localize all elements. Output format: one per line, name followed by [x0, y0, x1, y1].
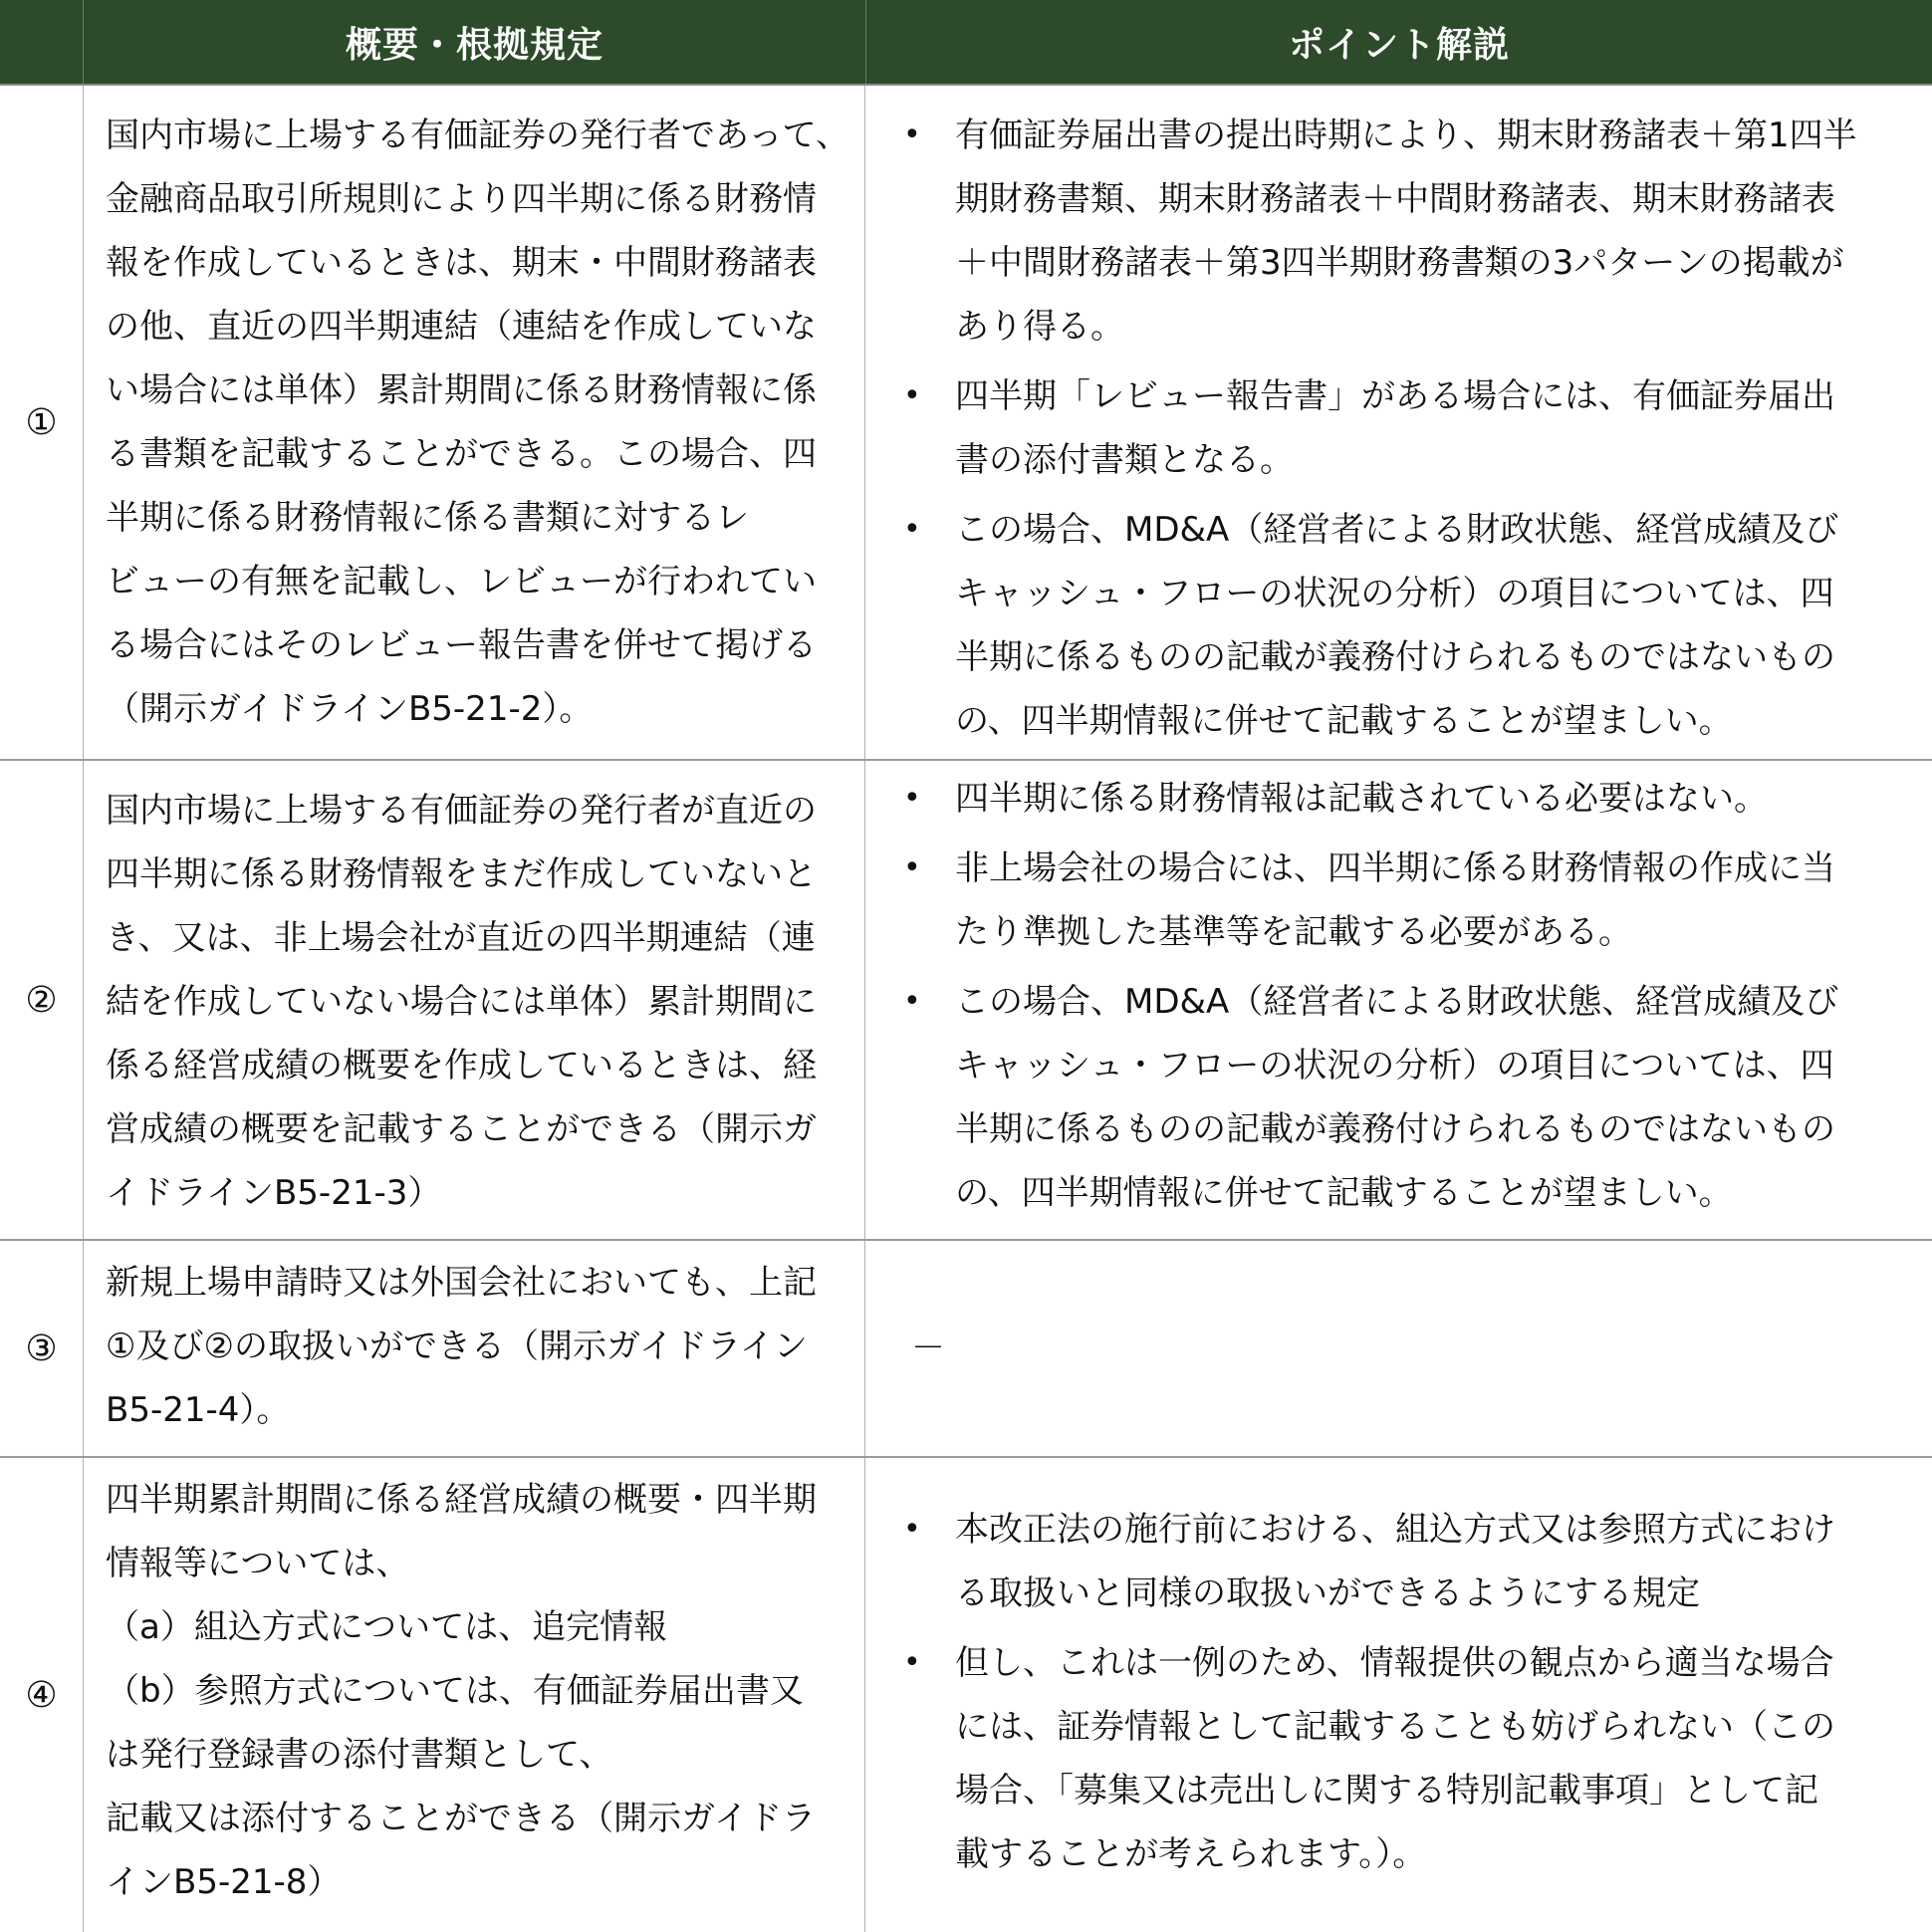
empty-dash: － [903, 1241, 1912, 1456]
row-number: ① [0, 86, 84, 759]
header-overview-label: 概要・根拠規定 [346, 17, 604, 68]
bullet-item: この場合、MD&A（経営者による財政状態、経営成績及び キャッシュ・フローの状況… [903, 498, 1912, 753]
table-header: 概要・根拠規定 ポイント解説 [0, 0, 1932, 86]
row-overview: 国内市場に上場する有価証券の発行者であって、 金融商品取引所規則により四半期に係… [84, 86, 865, 759]
row-overview: 四半期累計期間に係る経営成績の概要・四半期 情報等については、 （a）組込方式に… [84, 1458, 865, 1932]
row-overview: 新規上場申請時又は外国会社においても、上記 ①及び②の取扱いができる（開示ガイド… [84, 1241, 865, 1456]
table-row: ④ 四半期累計期間に係る経営成績の概要・四半期 情報等については、 （a）組込方… [0, 1458, 1932, 1932]
bullet-list: 四半期に係る財務情報は記載されている必要はない。 非上場会社の場合には、四半期に… [903, 767, 1912, 1225]
bullet-item: 有価証券届出書の提出時期により、期末財務諸表＋第1四半 期財務書類、期末財務諸表… [903, 104, 1912, 359]
row-number: ③ [0, 1241, 84, 1456]
row-points: － [865, 1241, 1932, 1456]
bullet-item: 非上場会社の場合には、四半期に係る財務情報の作成に当 たり準拠した基準等を記載す… [903, 837, 1912, 964]
row-points: 有価証券届出書の提出時期により、期末財務諸表＋第1四半 期財務書類、期末財務諸表… [865, 86, 1932, 759]
bullet-item: 四半期「レビュー報告書」がある場合には、有価証券届出 書の添付書類となる。 [903, 364, 1912, 492]
table-row: ① 国内市場に上場する有価証券の発行者であって、 金融商品取引所規則により四半期… [0, 86, 1932, 761]
bullet-item: 四半期に係る財務情報は記載されている必要はない。 [903, 767, 1912, 831]
table-row: ③ 新規上場申請時又は外国会社においても、上記 ①及び②の取扱いができる（開示ガ… [0, 1241, 1932, 1458]
header-number-cell [0, 0, 84, 84]
bullet-item: 本改正法の施行前における、組込方式又は参照方式におけ る取扱いと同様の取扱いがで… [903, 1498, 1912, 1625]
bullet-item: 但し、これは一例のため、情報提供の観点から適当な場合 には、証券情報として記載す… [903, 1631, 1912, 1886]
bullet-list: 本改正法の施行前における、組込方式又は参照方式におけ る取扱いと同様の取扱いがで… [903, 1498, 1912, 1886]
header-points-cell: ポイント解説 [866, 0, 1932, 84]
row-overview: 国内市場に上場する有価証券の発行者が直近の 四半期に係る財務情報をまだ作成してい… [84, 761, 865, 1239]
row-points: 四半期に係る財務情報は記載されている必要はない。 非上場会社の場合には、四半期に… [865, 761, 1932, 1239]
row-points: 本改正法の施行前における、組込方式又は参照方式におけ る取扱いと同様の取扱いがで… [865, 1458, 1932, 1932]
row-number: ④ [0, 1458, 84, 1932]
bullet-list: 有価証券届出書の提出時期により、期末財務諸表＋第1四半 期財務書類、期末財務諸表… [903, 104, 1912, 753]
bullet-item: この場合、MD&A（経営者による財政状態、経営成績及び キャッシュ・フローの状況… [903, 970, 1912, 1225]
row-number: ② [0, 761, 84, 1239]
header-points-label: ポイント解説 [1289, 17, 1510, 68]
guideline-table: 概要・根拠規定 ポイント解説 ① 国内市場に上場する有価証券の発行者であって、 … [0, 0, 1932, 1932]
header-overview-cell: 概要・根拠規定 [84, 0, 866, 84]
table-row: ② 国内市場に上場する有価証券の発行者が直近の 四半期に係る財務情報をまだ作成し… [0, 761, 1932, 1241]
